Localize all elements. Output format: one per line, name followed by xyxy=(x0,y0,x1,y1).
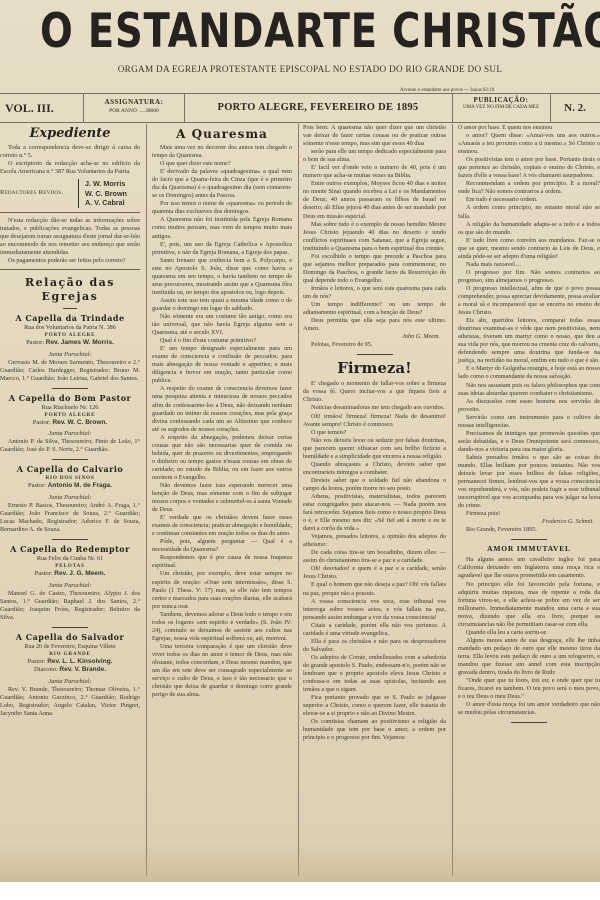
chapel-city: PORTO ALEGRE xyxy=(0,332,140,339)
article-paragraph: Ella é para os christãos e não para os d… xyxy=(303,638,446,654)
chapel-entry: A Capella da TrindadeRua dos Voluntarios… xyxy=(0,313,140,383)
article-paragraph: E' derivado da palavra «quadragesima» a … xyxy=(152,168,292,200)
publication-label: PUBLICAÇÃO: xyxy=(452,96,550,104)
pastor-name: Rev. J. G. Meem. xyxy=(54,570,105,577)
divider xyxy=(52,388,88,389)
article-paragraph: Alguns mezes antes de sua desgraça, elle… xyxy=(458,637,600,677)
chapel-deacon: Diacono: Rev. V. Brande. xyxy=(0,666,140,675)
junta-members: Antonio P. da Silva, Thesoureiro; Pinto … xyxy=(0,438,140,454)
article-body: E' chegado o momento de fallar-vos sobre… xyxy=(303,380,446,742)
article-paragraph: Os adeptos de Comte, embellezados com a … xyxy=(303,654,446,694)
article-title-firmeza: Firmeza! xyxy=(303,359,446,377)
chapel-name: A Capella do Salvador xyxy=(0,632,140,642)
article-paragraph: Não sómente era um costume tão antigo, c… xyxy=(152,313,292,337)
chapel-name: A Capella do Calvario xyxy=(0,464,140,474)
article-dateline: Pelotas, Fevereiro de 95. xyxy=(303,341,446,349)
article-paragraph: A religião da humanidade adapta-se a tud… xyxy=(458,221,600,237)
article-paragraph: E', pois, um uso da Egreja Catholica e A… xyxy=(152,241,292,257)
article-body: Pois bem: A quaresma não quer dizer que … xyxy=(303,124,446,333)
pastor-label: Pastor: xyxy=(26,339,44,346)
chapel-address: Rua Felix da Cunha Nr. 61 xyxy=(0,555,140,563)
pastor-label: Pastor: xyxy=(28,658,46,665)
article-body: O amor por base. E quem nos ensinouo amo… xyxy=(458,124,600,518)
article-body: Mais uma vez no decorrer dos annos tem c… xyxy=(152,144,292,699)
article-paragraph: A Quaresma não foi instituida pela Egrej… xyxy=(152,216,292,240)
article-paragraph: Em tudo é necessario ordem. xyxy=(458,196,600,204)
pastor-label: Pastor: xyxy=(28,482,46,489)
volume-label: VOL. III. xyxy=(0,94,84,122)
article-paragraph: A vossa consciencia vos toca, esse tribu… xyxy=(303,598,446,622)
info-bar: VOL. III. ASSIGNATURA: POR ANNO .....3$0… xyxy=(0,93,600,123)
chapel-pastor: Pastor: Rev. L. L. Kinsolving. xyxy=(0,658,140,667)
article-paragraph: O amor d'esta moça foi um amor verdadeir… xyxy=(458,701,600,717)
expediente-heading: Expediente xyxy=(0,126,140,142)
junta-label: Junta Parochial: xyxy=(0,429,140,438)
divider xyxy=(0,269,140,270)
article-paragraph: Sabeis presados irmãos o que são as cois… xyxy=(458,454,600,510)
divider xyxy=(511,722,547,723)
subscription-box: ASSIGNATURA: POR ANNO .....3$000 xyxy=(84,94,185,122)
column-3: Pois bem: A quaresma não quer dizer que … xyxy=(303,124,446,742)
column-4: O amor por base. E quem nos ensinouo amo… xyxy=(458,124,600,727)
article-paragraph: Irmãos e leitores, o que será esta quare… xyxy=(303,285,446,301)
pastor-label: Pastor: xyxy=(35,570,53,577)
article-paragraph: o amor? Quem disse: «Amai-vos uns aos ou… xyxy=(458,132,600,156)
article-paragraph: Foi escolhido o tempo que precede a Pasc… xyxy=(303,253,446,285)
divider xyxy=(511,539,547,540)
chapel-city: PELOTAS xyxy=(0,563,140,570)
article-paragraph: Nada mais razoavel.... xyxy=(458,261,600,269)
chapel-name: A Capella da Trindade xyxy=(0,313,140,323)
chapel-address: Rua Riachuelo Nr. 126 xyxy=(0,404,140,412)
masthead-subtitle: ORGAM DA EGREJA PROTESTANTE EPISCOPAL NO… xyxy=(90,64,530,74)
article-paragraph: serão para elle um tempo dedicado especi… xyxy=(303,148,446,164)
column-2: A Quaresma Mais uma vez no decorrer dos … xyxy=(152,124,292,699)
chapel-name: A Capella do Redemptor xyxy=(0,544,140,554)
junta-members: Ernesto P. Bastos, Thesoureiro; André A.… xyxy=(0,502,140,534)
article-paragraph: E' verdade que os christãos devem fazer … xyxy=(152,514,292,538)
editors-list: J. W. Morris W. C. Brown A. V. Cabral xyxy=(78,179,127,208)
article-paragraph: Atheus, positivistas, materialistas, tod… xyxy=(303,493,446,533)
article-paragraph: O que quer dizer este nome? xyxy=(152,160,292,168)
article-dateline: Rio Grande, Fevereiro 1895. xyxy=(458,526,600,534)
divider xyxy=(63,308,77,309)
article-paragraph: E' facil ver d'onde veio o numero de 40,… xyxy=(303,164,446,180)
editors-label: Redactores Revdos. xyxy=(0,189,78,197)
chapel-entry: A Capella do Bom PastorRua Riachuelo Nr.… xyxy=(0,393,140,455)
junta-label: Junta Parochial: xyxy=(0,581,140,590)
editors-block: Redactores Revdos. J. W. Morris W. C. Br… xyxy=(0,179,140,208)
article-paragraph: Fica portanto provado que se S. Paulo se… xyxy=(303,694,446,718)
article-paragraph: Não devemos fazer isso esperando merecer… xyxy=(152,482,292,514)
column-divider xyxy=(298,124,299,876)
article-paragraph: Assim este uso tem quasi a mesma idade c… xyxy=(152,297,292,313)
article-paragraph: Quando ella leu a carta sorriu-se. xyxy=(458,629,600,637)
article-paragraph: Póde, pois, alguem perguntar — Qual é a … xyxy=(152,538,292,554)
subscription-label: ASSIGNATURA: xyxy=(84,98,184,106)
article-paragraph: Por isso temos o nome de «quaresma» ou p… xyxy=(152,200,292,216)
article-paragraph: De cada coisa tira-se um bocadinho, dize… xyxy=(303,549,446,565)
article-paragraph: E qual o homem que não deseja a paz? Oh!… xyxy=(303,581,446,597)
article-paragraph: Entre outros exemplos; Moyses ficou 40 d… xyxy=(303,180,446,220)
chapel-list: A Capella da TrindadeRua dos Voluntarios… xyxy=(0,313,140,718)
junta-label: Junta Parochial: xyxy=(0,677,140,686)
article-paragraph: O que temeis? xyxy=(303,429,446,437)
article-title-quaresma: A Quaresma xyxy=(152,127,292,142)
expediente-paragraph: N'esta redacção dão-se todas as informaç… xyxy=(0,217,140,257)
junta-members: Gervasio M. de Moraes Sarmento, Thesoure… xyxy=(0,359,140,383)
expediente-paragraph: Os pagamentos poderão ser feitos pelo co… xyxy=(0,257,140,265)
article-paragraph: Uma terceira comparação é que um christã… xyxy=(152,643,292,699)
pastor-name: Antonio M. de Fraga. xyxy=(48,482,112,489)
junta-label: Junta Parochial: xyxy=(0,350,140,359)
article-paragraph: Não nos assustam pois os falsos philosop… xyxy=(458,382,600,398)
newspaper-page: O ESTANDARTE CHRISTÃO ORGAM DA EGREJA PR… xyxy=(0,0,600,882)
junta-members: Rev. V. Brande, Thesoureiro; Thomaz Oliv… xyxy=(0,686,140,718)
article-body: Ha alguns annos um cavalleiro inglez foi… xyxy=(458,556,600,717)
article-paragraph: No principio elle foi favorecido pela fo… xyxy=(458,581,600,629)
divider xyxy=(52,539,88,540)
divider xyxy=(52,459,88,460)
expediente-paragraph: Toda a correspondencia deve-se dirigir á… xyxy=(0,144,140,160)
article-author: Frederico G. Schmit. xyxy=(458,518,600,526)
article-paragraph: Firmeza pois! xyxy=(458,510,600,518)
deacon-name: Rev. V. Brande. xyxy=(59,666,106,673)
deacon-label: Diacono: xyxy=(34,666,58,673)
article-paragraph: Mais uma vez no decorrer dos annos tem c… xyxy=(152,144,292,160)
expediente-paragraph: O escriptorio da redacção acha-se no edi… xyxy=(0,160,140,176)
chapel-pastor: Pastor: Antonio M. de Fraga. xyxy=(0,482,140,491)
article-paragraph: O progresso intellectual, afim de que o … xyxy=(458,285,600,317)
editor-name: W. C. Brown xyxy=(85,189,127,199)
article-paragraph: Recommendam a ordem por principio. E a m… xyxy=(458,180,600,196)
article-author: John G. Meem. xyxy=(303,333,446,341)
chapel-entry: A Capella do SalvadorRua 20 de Fevereiro… xyxy=(0,632,140,718)
article-paragraph: Não vos deixeis levar ou seduzir por fal… xyxy=(303,437,446,461)
article-paragraph: Os comtistas chamam ao positivismo a rel… xyxy=(303,718,446,742)
article-paragraph: E' chegado o momento de fallar-vos sobre… xyxy=(303,380,446,404)
article-paragraph: Um tempo indifferente? ou um tempo de ad… xyxy=(303,301,446,317)
junta-members: Manoel G. de Castro, Thesoureiro; Alypio… xyxy=(0,590,140,622)
chapel-city: RIO GRANDE xyxy=(0,651,140,658)
divider xyxy=(357,354,393,355)
article-paragraph: Servirão como um instrumento para o cult… xyxy=(458,414,600,430)
article-paragraph: Deus permitta que ella seja para nós est… xyxy=(303,317,446,333)
article-paragraph: "Onde quer que tu fores, irei eu; e onde… xyxy=(458,677,600,701)
editor-name: A. V. Cabral xyxy=(85,198,127,208)
article-paragraph: Oh! irmãos! firmeza! firmeza! Nada de de… xyxy=(303,413,446,429)
article-paragraph: A respeito da abnegação, podemos deixar … xyxy=(152,434,292,482)
article-paragraph: Quando abraçastes a Christo, devieis sab… xyxy=(303,461,446,477)
pastor-name: Rev. L. L. Kinsolving. xyxy=(47,658,112,665)
article-paragraph: Um christão, por exemplo, deve estar sem… xyxy=(152,570,292,610)
masthead-title: O ESTANDARTE CHRISTÃO xyxy=(40,4,483,59)
article-paragraph: Eis ahi, queridos leitores, comparai tod… xyxy=(458,317,600,365)
column-1: Expediente Toda a correspondencia deve-s… xyxy=(0,124,140,718)
column-divider xyxy=(146,124,147,876)
article-paragraph: Precisamos de inimigos que promovão ques… xyxy=(458,430,600,454)
article-title-amor: AMOR IMMUTAVEL xyxy=(458,544,600,554)
subscription-value: POR ANNO .....3$000 xyxy=(84,108,184,114)
divider xyxy=(52,627,88,628)
article-paragraph: E' tudo livre como convém aos mundanos. … xyxy=(458,237,600,261)
chapel-pastor: Pastor: Rev. J. G. Meem. xyxy=(0,570,140,579)
article-paragraph: Noticias desanimadoras me tem chegado ao… xyxy=(303,404,446,412)
pastor-name: Rev. W. C. Brown. xyxy=(52,419,107,426)
article-paragraph: Mas sobre tudo é o exemplo de nosso bemd… xyxy=(303,221,446,253)
article-paragraph: Ha alguns annos um cavalleiro inglez foi… xyxy=(458,556,600,580)
place-date: PORTO ALEGRE, FEVEREIRO DE 1895 xyxy=(184,94,453,122)
article-paragraph: As discussões com esses homens nos servi… xyxy=(458,398,600,414)
article-paragraph: Citais a caridade, porém ella não vos pe… xyxy=(303,622,446,638)
chapel-pastor: Pastor: Rev. W. C. Brown. xyxy=(0,419,140,428)
article-paragraph: Devieis saber que o soldado fiel não aba… xyxy=(303,477,446,493)
article-paragraph: Respondemos que é por causa de nossa fra… xyxy=(152,554,292,570)
junta-label: Junta Parochial: xyxy=(0,493,140,502)
divider xyxy=(0,212,140,213)
pastor-label: Pastor: xyxy=(33,419,51,426)
chapel-city: RIO DOS SINOS xyxy=(0,475,140,482)
chapel-city: PORTO ALEGRE xyxy=(0,412,140,419)
article-paragraph: Os positivistas tem o amor por base. Por… xyxy=(458,156,600,180)
article-paragraph: Pois bem: A quaresma não quer dizer que … xyxy=(303,124,446,148)
article-paragraph: E' um tempo designado especialmente para… xyxy=(152,345,292,385)
chapel-pastor: Pastor: Rev. James W. Morris. xyxy=(0,339,140,348)
pastor-name: Rev. James W. Morris. xyxy=(46,339,114,346)
publication-value: UMA VEZ NO FIM DE CADA MEZ xyxy=(452,105,550,111)
article-paragraph: E o Martyr do Golgotha resurgiu, e hoje … xyxy=(458,365,600,381)
article-paragraph: O progresso por fim. Não somos contrario… xyxy=(458,269,600,285)
chapel-entry: A Capella do RedemptorRua Felix da Cunha… xyxy=(0,544,140,622)
article-paragraph: Oh! desviados! e quem é a paz e a carida… xyxy=(303,565,446,581)
churches-section-heading: Relação das Egrejas xyxy=(0,276,140,304)
article-paragraph: Tambem, devemos adorar a Deus todo o tem… xyxy=(152,611,292,643)
column-divider xyxy=(452,124,453,876)
editor-name: J. W. Morris xyxy=(85,179,127,189)
issue-number: N. 2. xyxy=(550,94,600,122)
chapel-entry: A Capella do CalvarioRIO DOS SINOSPastor… xyxy=(0,464,140,534)
article-paragraph: Qual é o fim d'este costume primitivo? xyxy=(152,337,292,345)
article-paragraph: Vejamos, presados leitores, a opinião do… xyxy=(303,533,446,549)
chapel-address: Rua 20 de Fevereiro, Esquina Villete xyxy=(0,643,140,651)
chapel-name: A Capella do Bom Pastor xyxy=(0,393,140,403)
article-paragraph: A ordem como principio, no entanto moral… xyxy=(458,204,600,220)
article-paragraph: A respeito do exame de consciencia devem… xyxy=(152,385,292,433)
article-paragraph: Santo Irenaeo que conhecia bem a S. Poly… xyxy=(152,257,292,297)
article-paragraph: O amor por base. E quem nos ensinou xyxy=(458,124,600,132)
publication-box: PUBLICAÇÃO: UMA VEZ NO FIM DE CADA MEZ xyxy=(452,94,551,122)
chapel-address: Rua dos Voluntarios da Patria N. 386 xyxy=(0,324,140,332)
